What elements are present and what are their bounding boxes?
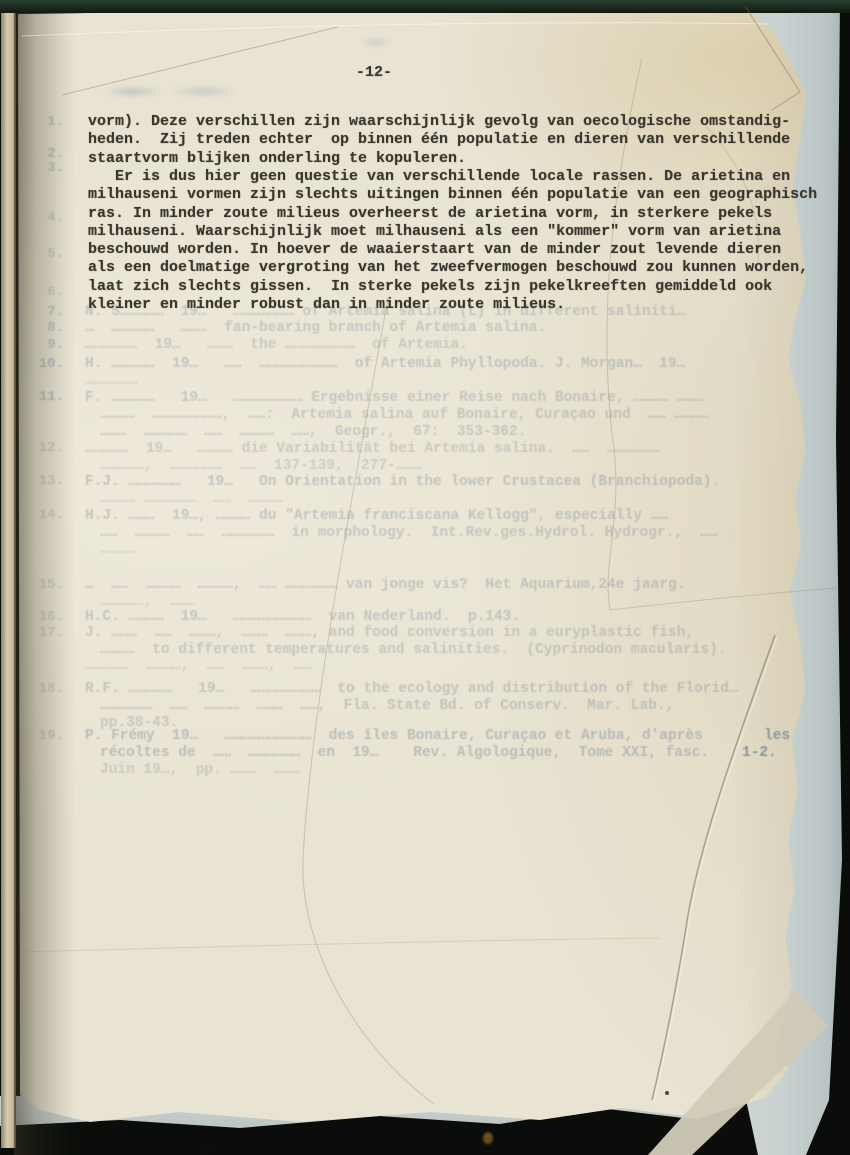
- typewritten-line: milhauseni. Waarschijnlijk moet milhause…: [88, 223, 781, 240]
- stain-spot: [483, 1132, 493, 1144]
- bleedthrough-line: récoltes de …… ……………… en 19… Rev. Algolo…: [100, 745, 709, 761]
- margin-number: 7.: [30, 304, 64, 320]
- margin-number: 14.: [30, 507, 64, 523]
- margin-number: 10.: [30, 356, 64, 372]
- margin-number: 1.: [30, 114, 64, 130]
- margin-number: 16.: [30, 609, 64, 625]
- typewritten-line: kleiner en minder robust dan in minder z…: [88, 296, 565, 313]
- scan-top-band: [0, 0, 850, 13]
- bleedthrough-line: …………… …………, …… ………, ……: [85, 658, 311, 674]
- typewritten-line: laat zich slechts gissen. In sterke peke…: [88, 278, 772, 295]
- typewritten-line: beschouwd worden. In hoever de waaiersta…: [88, 241, 781, 258]
- typewritten-line: vorm). Deze verschillen zijn waarschijnl…: [88, 113, 790, 130]
- scanned-document-photo: 1.2.3.4.5.6.7.8.9.10.11.12.13.14.15.16.1…: [0, 0, 850, 1155]
- margin-number: 5.: [30, 246, 64, 262]
- bleedthrough-line: les: [764, 728, 790, 744]
- typewritten-line: ras. In minder zoute milieus overheerst …: [88, 205, 772, 222]
- margin-number: 17.: [30, 625, 64, 641]
- bleedthrough-line: ………… to different temperatures and salin…: [100, 642, 727, 658]
- bleedthrough-line: P. Frémy 19… ………………………… des îles Bonaire…: [85, 728, 703, 744]
- bleedthrough-line: ……………… …… ………… ……… ……, Fla. State Bd. of…: [100, 698, 674, 714]
- bleedthrough-line: …………: [100, 542, 135, 558]
- margin-number: 15.: [30, 577, 64, 593]
- bleedthrough-line: J. ……… …… ………, ……… ………, and food convers…: [85, 625, 694, 641]
- bleedthrough-line: … …………… ……… fan-bearing branch of Artemi…: [85, 320, 546, 336]
- margin-number: 8.: [30, 320, 64, 336]
- underlying-pages-edge: [1, 6, 16, 1148]
- bleedthrough-line: H. …………… 19… …… ……………………… of Artemia Phy…: [85, 356, 685, 372]
- bleedthrough-line: ………… ……………………, ……: Artemia salina auf Bo…: [100, 407, 709, 423]
- bleedthrough-line: F. …………… 19… …………………… Ergebnisse einer R…: [85, 390, 703, 406]
- margin-number: 11.: [30, 389, 64, 405]
- bleedthrough-line: F.J. ……………… 19… On Orientation in the lo…: [85, 474, 720, 490]
- bleedthrough-line: ……………, ………: [100, 594, 196, 610]
- bleedthrough-line: H.C. ………… 19… ……………………… van Nederland. p…: [85, 609, 520, 625]
- bleedthrough-line: H.J. ……… 19…, ………… du "Artemia francisca…: [85, 508, 668, 524]
- margin-number: 13.: [30, 473, 64, 489]
- bleedthrough-line: …………… 19… ………… die Variabilität bei Arte…: [85, 441, 659, 457]
- typewritten-line: Er is dus hier geen questie van verschil…: [88, 168, 790, 185]
- bleedthrough-line: ………… ……………… …… …………: [100, 491, 283, 507]
- bleedthrough-line: ……… …………… …… ………… ……, Geogr., 67: 353-36…: [100, 424, 526, 440]
- typewritten-line: heden. Zij treden echter op binnen één p…: [88, 131, 790, 148]
- bleedthrough-line: ……………… 19… ……… the …………………… of Artemia.: [85, 337, 468, 353]
- bleedthrough-line: Juin 19…, pp. ……… ………: [100, 762, 300, 778]
- bleedthrough-line: ……………, ……………… …… 137-139, 277-………: [100, 458, 422, 474]
- typewritten-line: milhauseni vormen zijn slechts uitingen …: [88, 186, 817, 203]
- bleedthrough-line: …… ………… …… ……………… in morphology. Int.Rev…: [100, 525, 718, 541]
- ink-speck: [205, 1149, 210, 1154]
- page-number: -12-: [356, 64, 392, 81]
- bleedthrough-line: ………………: [85, 373, 137, 389]
- typewritten-line: als een doelmatige vergroting van het zw…: [88, 259, 808, 276]
- margin-number: 4.: [30, 210, 64, 226]
- ink-speck: [665, 1091, 669, 1095]
- margin-number: 3.: [30, 160, 64, 176]
- margin-number: 9.: [30, 337, 64, 353]
- bleedthrough-line: … …… ………… …………, …… ……………… van jonge vis?…: [85, 577, 685, 593]
- typewritten-line: staartvorm blijken onderling te kopulere…: [88, 150, 466, 167]
- bleedthrough-line: R.F. …………… 19… …………………… to the ecology a…: [85, 681, 738, 697]
- margin-number: 6.: [30, 284, 64, 300]
- margin-number: 18.: [30, 681, 64, 697]
- bleedthrough-line: 1-2.: [742, 745, 777, 761]
- margin-number: 19.: [30, 728, 64, 744]
- margin-number: 12.: [30, 440, 64, 456]
